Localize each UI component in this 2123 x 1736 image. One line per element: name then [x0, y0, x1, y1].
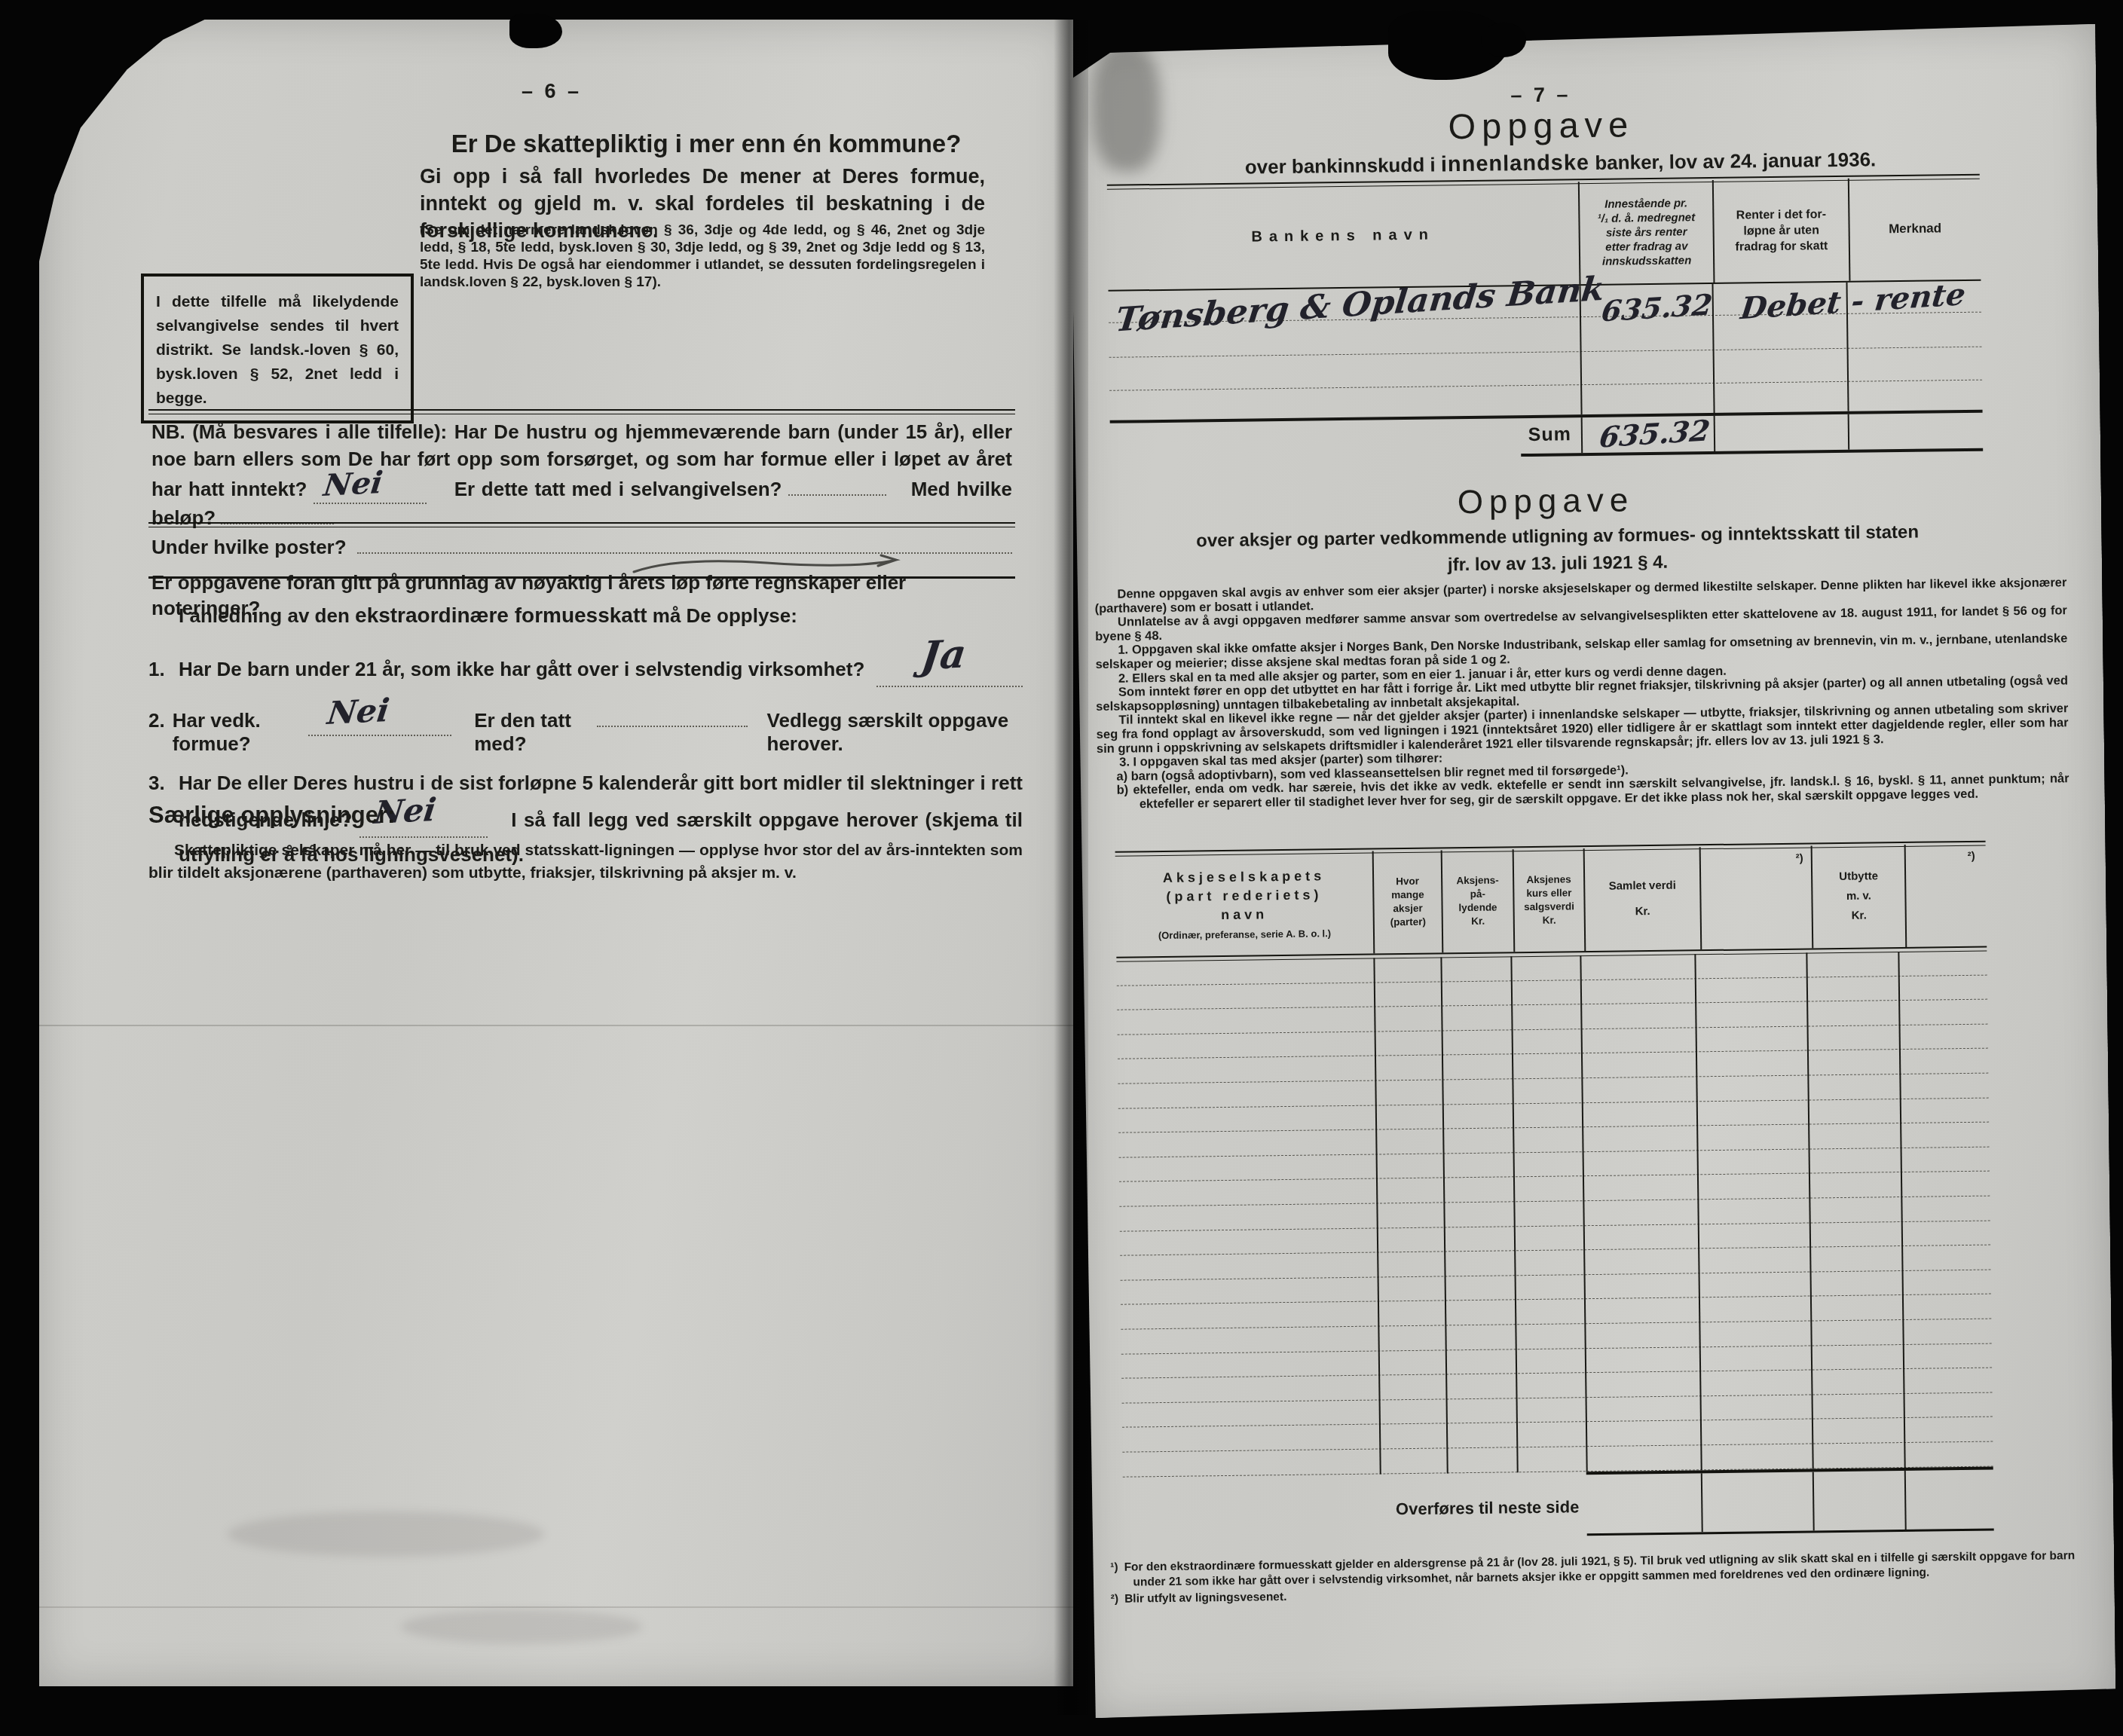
- nb-section: NB. (Må besvares i alle tilfelle): Har D…: [148, 409, 1015, 582]
- fold-line: [39, 1606, 1073, 1608]
- page-number: – 6 –: [491, 80, 612, 103]
- table-grid-line: [1440, 957, 1448, 1473]
- bank-col-header-interest: Renter i det for- løpne år uten fradrag …: [1714, 179, 1851, 283]
- table-grid-line: [1712, 284, 1715, 413]
- page-gutter-shadow: [1054, 20, 1088, 1715]
- table-grid-line: [1806, 953, 1813, 1469]
- extra-intro-bold: ekstraordinære formuesskatt: [355, 604, 647, 627]
- table-grid-line: [1118, 1048, 1988, 1059]
- table-grid-line: [1121, 1294, 1991, 1305]
- ink-bleed-smudge: [401, 1609, 642, 1644]
- shares-table: Aksjeselskapets (part rederiets) navn (O…: [1115, 841, 1994, 1545]
- table-grid-line: [1120, 1245, 1990, 1256]
- shares-table-body: [1116, 951, 1993, 1478]
- extra-item1-no: 1.: [148, 658, 179, 681]
- nb-lead: NB. (Må besvares i alle tilfelle):: [151, 420, 447, 443]
- footnotes: ¹)For den ekstraordinære formuesskatt gj…: [1110, 1548, 2076, 1607]
- extra-intro-pre: I anledning av den: [179, 604, 350, 627]
- extra-item1-answer: Ja: [919, 631, 968, 680]
- extra-item2-q: Har vedk. formue?: [173, 709, 309, 756]
- extra-item2-q2: Er den tatt med?: [474, 709, 596, 756]
- extra-item1-slot: Ja: [876, 640, 1023, 687]
- shares-col-header-nominal: Aksjens- på- lydende Kr.: [1442, 849, 1516, 952]
- shares-col-header-count: Hvor mange aksjer (parter): [1374, 850, 1444, 953]
- shares-col-header-official-2: ²): [1906, 844, 1987, 947]
- bank-sum-value-handwritten: 635.32: [1598, 413, 1712, 454]
- shares-col-header-official-1: ²): [1701, 845, 1814, 949]
- footnote-1-marker: ¹): [1110, 1561, 1118, 1574]
- table-grid-line: [1109, 380, 1982, 391]
- footnote-2-marker: ²): [1111, 1593, 1119, 1606]
- scan-smudge: [1092, 43, 1161, 172]
- page-6: – 6 – I dette tilfelle må likelydende se…: [39, 20, 1073, 1686]
- scanned-document: – 6 – I dette tilfelle må likelydende se…: [0, 0, 2123, 1736]
- torn-paper-blob: [509, 14, 562, 48]
- shares-table-header: Aksjeselskapets (part rederiets) navn (O…: [1115, 844, 1987, 957]
- special-heading: Særlige opplysninger:: [148, 802, 1023, 829]
- bank-row-balance-handwritten: 635.32: [1600, 287, 1714, 328]
- shares-carry-label: Overføres til neste side: [1311, 1497, 1579, 1520]
- shares-subtitle-1: over aksjer og parter vedkommende utlign…: [1105, 521, 2009, 553]
- bank-table: Bankens navn Innestående pr. ¹/₁ d. å. m…: [1107, 174, 1983, 463]
- table-grid-line: [1121, 1319, 1991, 1330]
- kommune-heading: Er De skattepliktig i mer enn én kommune…: [420, 130, 993, 158]
- bank-subtitle-post: banker, lov av 24. januar 1936.: [1595, 148, 1876, 174]
- bank-title: Oppgave: [1334, 102, 1749, 148]
- fold-crease: [0, 72, 83, 342]
- handwritten-underline-flourish: [631, 554, 902, 576]
- bank-col-header-name: Bankens navn: [1107, 182, 1581, 290]
- extra-item3-no: 3.: [148, 772, 179, 795]
- table-grid-line: [1121, 1343, 1992, 1355]
- table-grid-line: [1898, 952, 1905, 1468]
- table-grid-line: [1121, 1270, 1991, 1281]
- fold-line: [39, 1025, 1073, 1026]
- ink-bleed-smudge: [228, 1511, 544, 1557]
- table-grid-line: [1120, 1221, 1990, 1232]
- table-grid-line: [1117, 999, 1987, 1010]
- bank-row-note-handwritten: Debet - rente: [1739, 277, 1967, 326]
- side-note-box: I dette tilfelle må likelydende selvangi…: [141, 274, 414, 423]
- table-grid-line: [1118, 1122, 1989, 1133]
- table-grid-line: [1122, 1441, 1993, 1453]
- extra-item2-answer: Nei: [326, 692, 392, 732]
- nb-question-1: NB. (Må besvares i alle tilfelle): Har D…: [151, 418, 1012, 531]
- nb-q4: Under hvilke poster?: [151, 536, 347, 559]
- page-7: – 7 – Oppgave over bankinnskudd i innenl…: [1069, 24, 2115, 1718]
- nb-q2: Er dette tatt med i selvangivelsen?: [454, 478, 782, 500]
- table-grid-line: [1694, 954, 1702, 1470]
- extra-item1-q: Har De barn under 21 år, som ikke har gå…: [179, 658, 864, 681]
- special-body: Skattepliktige selskaper må her — til br…: [148, 839, 1023, 885]
- extra-intro-post: må De opplyse:: [653, 604, 797, 627]
- special-info-section: Særlige opplysninger: Skattepliktige sel…: [148, 802, 1023, 885]
- shares-carry-cells: [1586, 1467, 1994, 1536]
- table-grid-line: [1121, 1368, 1992, 1379]
- torn-paper-blob: [1481, 23, 1526, 57]
- table-grid-line: [1119, 1147, 1990, 1158]
- table-grid-line: [1118, 1073, 1988, 1084]
- table-grid-line: [1118, 1098, 1989, 1109]
- shares-col-header-total: Samlet verdi Kr.: [1585, 847, 1702, 951]
- fold-crease: [0, 53, 131, 240]
- shares-carry-row: Overføres til neste side: [1123, 1467, 1994, 1541]
- bank-sum-label: Sum: [1472, 423, 1571, 447]
- bank-col-header-note: Merknad: [1849, 177, 1981, 281]
- table-grid-line: [1580, 955, 1587, 1472]
- table-grid-line: [1119, 1171, 1990, 1182]
- bank-table-body: Tønsberg & Oplands Bank 635.32 Debet - r…: [1109, 281, 1983, 420]
- extra-item2-no: 2.: [148, 709, 173, 732]
- shares-col-header-dividend: Utbytte m. v. Kr.: [1813, 845, 1907, 949]
- extra-item2-slot: Nei: [308, 698, 451, 736]
- shares-col-header-market: Aksjenes kurs eller salgsverdi Kr.: [1514, 848, 1586, 952]
- table-grid-line: [1109, 347, 1982, 358]
- bank-subtitle-emphasis: innenlandske: [1441, 151, 1590, 176]
- extra-item2-tail: Vedlegg særskilt oppgave herover.: [767, 709, 1023, 756]
- nb-answer-1-slot: Nei: [314, 472, 427, 504]
- table-grid-line: [1122, 1417, 1993, 1428]
- table-grid-line: [1119, 1196, 1990, 1207]
- shares-intro-paragraphs: Denne oppgaven skal avgis av enhver som …: [1094, 576, 2069, 848]
- nb-answer-1: Nei: [323, 469, 384, 500]
- shares-col-header-name: Aksjeselskapets (part rederiets) navn (O…: [1115, 851, 1375, 957]
- shares-subtitle-2: jfr. lov av 13. juli 1921 § 4.: [1106, 548, 2010, 580]
- table-grid-line: [1373, 958, 1381, 1475]
- bank-col-header-balance: Innestående pr. ¹/₁ d. å. medregnet sist…: [1580, 180, 1715, 284]
- table-grid-line: [1510, 956, 1518, 1472]
- shares-title: Oppgave: [1338, 480, 1754, 523]
- kommune-fine-print: (Se om det nærmere landsk.loven § 36, 3d…: [420, 222, 985, 291]
- nb-blank-2: [788, 494, 886, 496]
- bank-subtitle-pre: over bankinnskudd i: [1245, 153, 1436, 178]
- extra-item2-blank: [597, 726, 748, 727]
- table-grid-line: [1117, 975, 1987, 986]
- table-grid-line: [1122, 1392, 1993, 1404]
- table-grid-line: [1118, 1024, 1988, 1035]
